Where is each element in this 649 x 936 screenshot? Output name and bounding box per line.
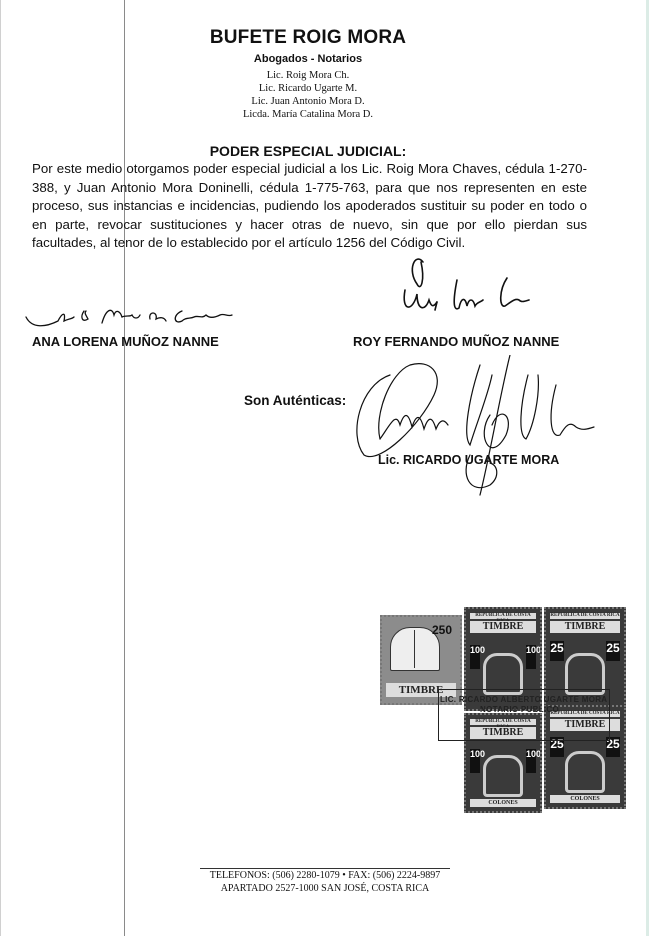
document-title: PODER ESPECIAL JUDICIAL: bbox=[0, 143, 616, 159]
page-left-edge bbox=[0, 0, 1, 936]
footer-rule bbox=[200, 868, 450, 869]
stamp-currency-label: COLONES bbox=[470, 799, 536, 807]
signature-roy bbox=[395, 250, 565, 320]
lawyer-name: Lic. Juan Antonio Mora D. bbox=[0, 95, 616, 108]
signature-ana bbox=[22, 303, 242, 333]
scanned-document-page: BUFETE ROIG MORA Abogados - Notarios Lic… bbox=[0, 0, 649, 936]
firm-subtitle: Abogados - Notarios bbox=[0, 53, 616, 65]
lawyer-name: Licda. María Catalina Mora D. bbox=[0, 108, 616, 121]
notary-seal-line2: NOTARIO PUBLICO bbox=[480, 705, 559, 714]
fiscal-stamps: 250 TIMBRE REPUBLICA DE COSTA RICA TIMBR… bbox=[380, 607, 630, 812]
stamp-value: 100 bbox=[526, 749, 536, 773]
stamp-currency-label: COLONES bbox=[550, 795, 620, 803]
stamp-value: 100 bbox=[470, 749, 480, 773]
stamp-value: 250 bbox=[428, 623, 456, 637]
footer-contact: TELEFONOS: (506) 2280-1079 • FAX: (506) … bbox=[150, 870, 500, 881]
authentication-label: Son Auténticas: bbox=[244, 393, 346, 408]
lawyer-name: Lic. Ricardo Ugarte M. bbox=[0, 82, 616, 95]
stamp-timbre-label: TIMBRE bbox=[470, 621, 536, 633]
document-body: Por este medio otorgamos poder especial … bbox=[32, 160, 587, 253]
scan-fold-line bbox=[124, 0, 125, 936]
bell-icon bbox=[483, 755, 523, 797]
stamp-value: 25 bbox=[550, 641, 564, 661]
signatory-name-right: ROY FERNANDO MUÑOZ NANNE bbox=[353, 334, 559, 349]
footer-address: APARTADO 2527-1000 SAN JOSÉ, COSTA RICA bbox=[150, 883, 500, 894]
stamp-value: 100 bbox=[526, 645, 536, 669]
stamp-republic-label: REPUBLICA DE COSTA RICA bbox=[550, 613, 620, 619]
lawyers-list: Lic. Roig Mora Ch. Lic. Ricardo Ugarte M… bbox=[0, 69, 616, 121]
signatory-name-left: ANA LORENA MUÑOZ NANNE bbox=[32, 334, 219, 349]
signature-notary bbox=[350, 355, 610, 505]
stamp-value: 25 bbox=[606, 641, 620, 661]
firm-name: BUFETE ROIG MORA bbox=[0, 27, 616, 49]
stamp-value: 100 bbox=[470, 645, 480, 669]
stamp-timbre-label: TIMBRE bbox=[550, 621, 620, 633]
notary-name: Lic. RICARDO UGARTE MORA bbox=[378, 453, 559, 467]
bell-icon bbox=[565, 751, 605, 793]
stamp-republic-label: REPUBLICA DE COSTA RICA bbox=[470, 613, 536, 619]
lawyer-name: Lic. Roig Mora Ch. bbox=[0, 69, 616, 82]
notary-seal-line1: LIC. RICARDO ALBERTO UGARTE MORA bbox=[440, 695, 607, 704]
